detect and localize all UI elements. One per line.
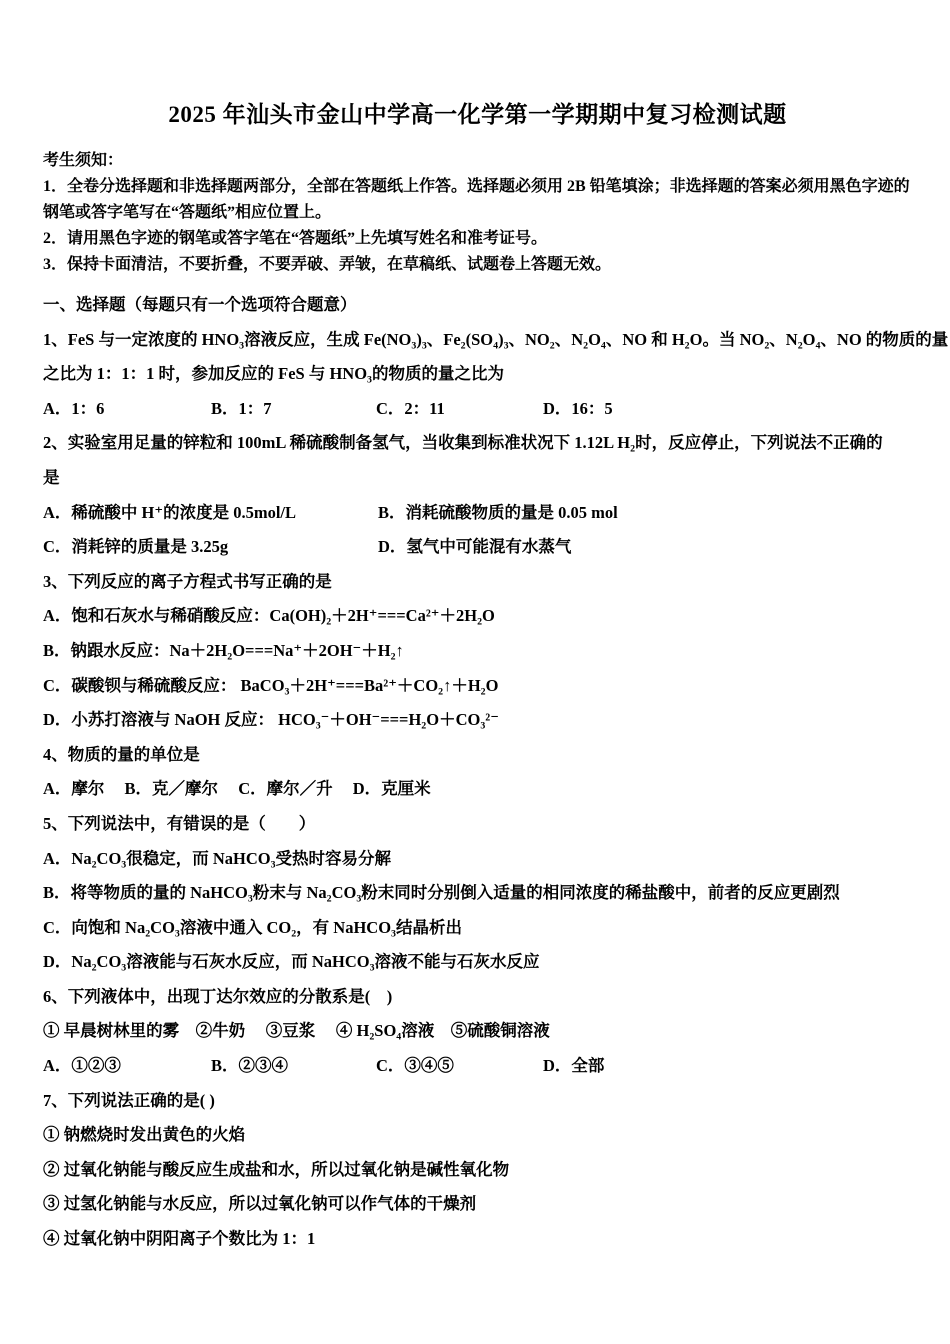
question-4-option-d: D．克厘米 (353, 779, 431, 798)
question-3: 3、下列反应的离子方程式书写正确的是 A．饱和石灰水与稀硝酸反应：Ca(OH)₂… (43, 565, 912, 738)
question-4-option-a: A．摩尔 (43, 779, 104, 798)
question-3-option-a: A．饱和石灰水与稀硝酸反应：Ca(OH)₂＋2H⁺===Ca²⁺＋2H₂O (43, 599, 912, 634)
question-1: 1、FeS 与一定浓度的 HNO₃溶液反应，生成 Fe(NO₃)₃、Fe₂(SO… (43, 323, 912, 427)
question-2-options-row-2: C．消耗锌的质量是 3.25g D．氢气中可能混有水蒸气 (43, 530, 912, 565)
question-5-stem: 5、下列说法中，有错误的是（ ） (43, 807, 912, 842)
question-4-option-c: C．摩尔／升 (238, 779, 332, 798)
question-6-option-c: C．③④⑤ (376, 1049, 543, 1084)
exam-document: 2025 年汕头市金山中学高一化学第一学期期中复习检测试题 考生须知： 1．全卷… (0, 0, 950, 1344)
question-4-option-b: B．克／摩尔 (125, 779, 219, 798)
question-1-stem-line-2: 之比为 1：1：1 时，参加反应的 FeS 与 HNO₃的物质的量之比为 (43, 357, 912, 392)
notice-item-1: 1．全卷分选择题和非选择题两部分，全部在答题纸上作答。选择题必须用 2B 铅笔填… (43, 174, 912, 226)
notice-item-2: 2．请用黑色字迹的钢笔或答字笔在“答题纸”上先填写姓名和准考证号。 (43, 226, 912, 252)
question-2-option-a: A．稀硫酸中 H⁺的浓度是 0.5mol/L (43, 496, 378, 531)
question-1-options: A．1：6 B．1：7 C．2：11 D．16：5 (43, 392, 912, 427)
question-3-option-b: B．钠跟水反应：Na＋2H₂O===Na⁺＋2OH⁻＋H₂↑ (43, 634, 912, 669)
section-title: 一、选择题（每题只有一个选项符合题意） (43, 288, 912, 323)
question-2-option-c: C．消耗锌的质量是 3.25g (43, 530, 378, 565)
question-7: 7、下列说法正确的是( ) ① 钠燃烧时发出黄色的火焰 ② 过氧化钠能与酸反应生… (43, 1084, 912, 1257)
question-5-option-c: C．向饱和 Na₂CO₃溶液中通入 CO₂，有 NaHCO₃结晶析出 (43, 911, 912, 946)
question-2-options-row-1: A．稀硫酸中 H⁺的浓度是 0.5mol/L B．消耗硫酸物质的量是 0.05 … (43, 496, 912, 531)
question-7-item-2: ② 过氧化钠能与酸反应生成盐和水，所以过氧化钠是碱性氧化物 (43, 1153, 912, 1188)
question-6-option-a: A．①②③ (43, 1049, 211, 1084)
question-1-option-c: C．2：11 (376, 392, 543, 427)
question-1-stem-line-1: 1、FeS 与一定浓度的 HNO₃溶液反应，生成 Fe(NO₃)₃、Fe₂(SO… (43, 323, 912, 358)
question-2-stem-line-2: 是 (43, 461, 912, 496)
question-7-item-4: ④ 过氧化钠中阴阳离子个数比为 1：1 (43, 1222, 912, 1257)
notice-item-3: 3．保持卡面清洁，不要折叠，不要弄破、弄皱，在草稿纸、试题卷上答题无效。 (43, 252, 912, 278)
question-5-option-d: D．Na₂CO₃溶液能与石灰水反应，而 NaHCO₃溶液不能与石灰水反应 (43, 945, 912, 980)
question-6-numbered-items: ① 早晨树林里的雾 ②牛奶 ③豆浆 ④ H₂SO₄溶液 ⑤硫酸铜溶液 (43, 1014, 912, 1049)
question-6-options: A．①②③ B．②③④ C．③④⑤ D．全部 (43, 1049, 912, 1084)
question-5-option-b: B．将等物质的量的 NaHCO₃粉末与 Na₂CO₃粉末同时分别倒入适量的相同浓… (43, 876, 912, 911)
question-5-option-a: A．Na₂CO₃很稳定，而 NaHCO₃受热时容易分解 (43, 842, 912, 877)
page-title: 2025 年汕头市金山中学高一化学第一学期期中复习检测试题 (43, 100, 912, 130)
question-6-option-d: D．全部 (543, 1049, 604, 1084)
notice-heading: 考生须知： (43, 148, 912, 174)
question-2: 2、实验室用足量的锌粒和 100mL 稀硫酸制备氢气，当收集到标准状况下 1.1… (43, 426, 912, 564)
question-1-option-d: D．16：5 (543, 392, 613, 427)
question-4-stem: 4、物质的量的单位是 (43, 738, 912, 773)
question-3-option-c: C．碳酸钡与稀硫酸反应： BaCO₃＋2H⁺===Ba²⁺＋CO₂↑＋H₂O (43, 669, 912, 704)
question-7-item-1: ① 钠燃烧时发出黄色的火焰 (43, 1118, 912, 1153)
question-6: 6、下列液体中，出现丁达尔效应的分散系是( ) ① 早晨树林里的雾 ②牛奶 ③豆… (43, 980, 912, 1084)
question-6-option-b: B．②③④ (211, 1049, 376, 1084)
question-1-option-b: B．1：7 (211, 392, 376, 427)
question-6-stem: 6、下列液体中，出现丁达尔效应的分散系是( ) (43, 980, 912, 1015)
question-2-option-b: B．消耗硫酸物质的量是 0.05 mol (378, 496, 618, 531)
question-7-stem: 7、下列说法正确的是( ) (43, 1084, 912, 1119)
notice-section: 考生须知： 1．全卷分选择题和非选择题两部分，全部在答题纸上作答。选择题必须用 … (43, 148, 912, 278)
question-7-item-3: ③ 过氢化钠能与水反应，所以过氧化钠可以作气体的干燥剂 (43, 1187, 912, 1222)
question-2-option-d: D．氢气中可能混有水蒸气 (378, 530, 571, 565)
question-1-option-a: A．1：6 (43, 392, 211, 427)
question-5: 5、下列说法中，有错误的是（ ） A．Na₂CO₃很稳定，而 NaHCO₃受热时… (43, 807, 912, 980)
question-3-stem: 3、下列反应的离子方程式书写正确的是 (43, 565, 912, 600)
question-4: 4、物质的量的单位是 A．摩尔 B．克／摩尔 C．摩尔／升 D．克厘米 (43, 738, 912, 807)
question-4-options: A．摩尔 B．克／摩尔 C．摩尔／升 D．克厘米 (43, 772, 912, 807)
question-2-stem-line-1: 2、实验室用足量的锌粒和 100mL 稀硫酸制备氢气，当收集到标准状况下 1.1… (43, 426, 912, 461)
question-3-option-d: D．小苏打溶液与 NaOH 反应： HCO₃⁻＋OH⁻===H₂O＋CO₃²⁻ (43, 703, 912, 738)
